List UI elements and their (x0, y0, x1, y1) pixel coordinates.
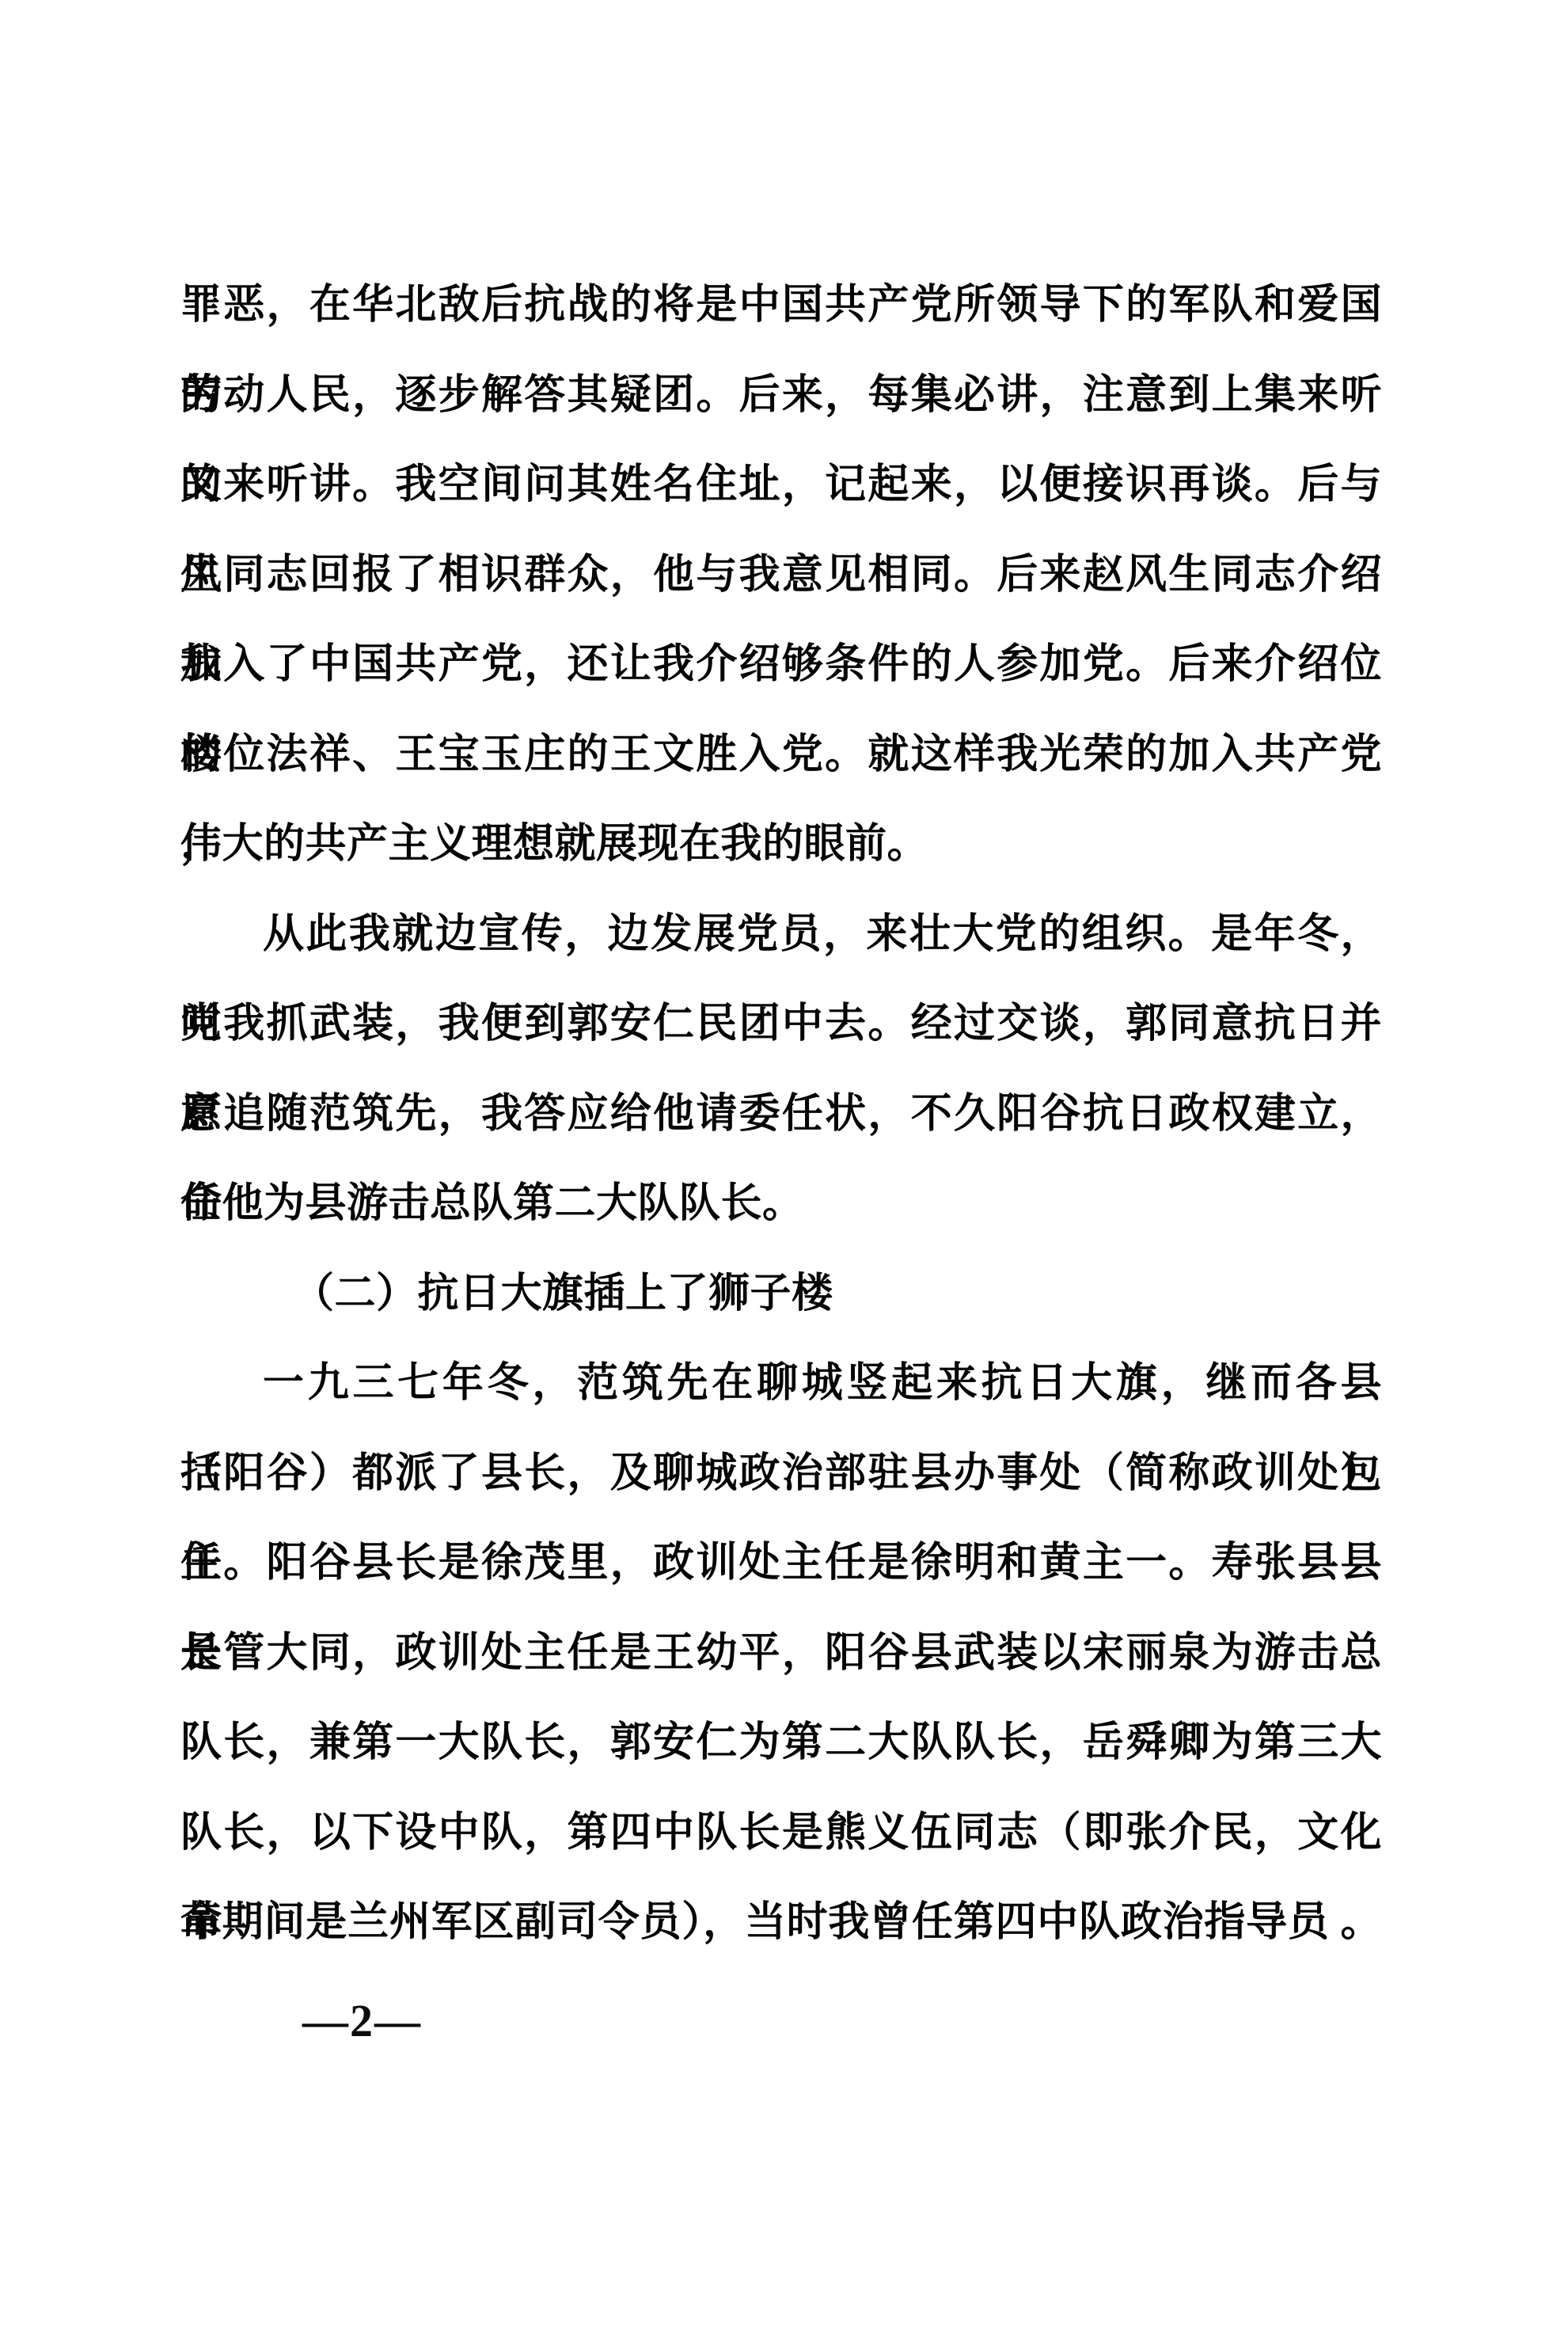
paragraph-line: 从此我就边宣传，边发展党员，来壮大党的组织。是年冬，党 (180, 890, 1382, 980)
paragraph-line: 的位法祥、王宝玉庄的王文胜入党。就这样我光荣的加入共产党 ， (180, 710, 1382, 800)
paragraph-line: 任。阳谷县长是徐茂里，政训处主任是徐明和黄主一。寿张县县长 (180, 1518, 1382, 1609)
scanned-document-page: 罪恶，在华北敌后抗战的将是中国共产党所领导下的军队和爱国的 劳动人民，逐步解答其… (0, 0, 1568, 2329)
paragraph-line: 命他为县游击总队第二大队队长。 (180, 1159, 1382, 1249)
paragraph-line: 意追随范筑先，我答应给他请委任状，不久阳谷抗日政权建立，任 (180, 1070, 1382, 1160)
paragraph-line: 加入了中国共产党，还让我介绍够条件的人参加党。后来介绍位楼 (180, 620, 1382, 710)
paragraph-line: 劳动人民，逐步解答其疑团。后来，每集必讲，注意到上集来听的 (180, 351, 1382, 441)
section-heading: （二）抗日大旗插上了狮子楼 (180, 1249, 1382, 1339)
paragraph-line: 括阳谷）都派了县长，及聊城政治部驻县办事处（简称政训处）主 (180, 1429, 1382, 1519)
paragraph-line: 一九三七年冬，范筑先在聊城竖起来抗日大旗，继而各县（包 (180, 1339, 1382, 1429)
paragraph-line: 是管大同，政训处主任是王幼平，阳谷县武装以宋丽泉为游击总队 (180, 1609, 1382, 1699)
paragraph-line: 叫我抓武装，我便到郭安仁民团中去。经过交谈，郭同意抗日并愿 (180, 979, 1382, 1070)
paragraph-line: 伟大的共产主义理想就展现在我的眼前。 (180, 800, 1382, 890)
page-number: —2— (302, 1985, 422, 2057)
paragraph-line: 罪恶，在华北敌后抗战的将是中国共产党所领导下的军队和爱国的 (180, 260, 1382, 351)
paragraph-line: 生同志回报了相识群众，他与我意见相同。后来赵风生同志介绍我 (180, 530, 1382, 621)
paragraph-line: 队长，兼第一大队长，郭安仁为第二大队队长，岳舜卿为第三大队 (180, 1698, 1382, 1788)
text-block: 罪恶，在华北敌后抗战的将是中国共产党所领导下的军队和爱国的 劳动人民，逐步解答其… (180, 260, 1382, 1968)
paragraph-line: 队长，以下设中队，第四中队长是熊义伍同志（即张介民，文化革 (180, 1788, 1382, 1879)
paragraph-line: 又来听讲。我空间问其姓名住址，记起来，以便接识再谈。后与风 (180, 440, 1382, 530)
paragraph-line: 命期间是兰州军区副司令员），当时我曾任第四中队政治指导员 。 (180, 1878, 1382, 1968)
